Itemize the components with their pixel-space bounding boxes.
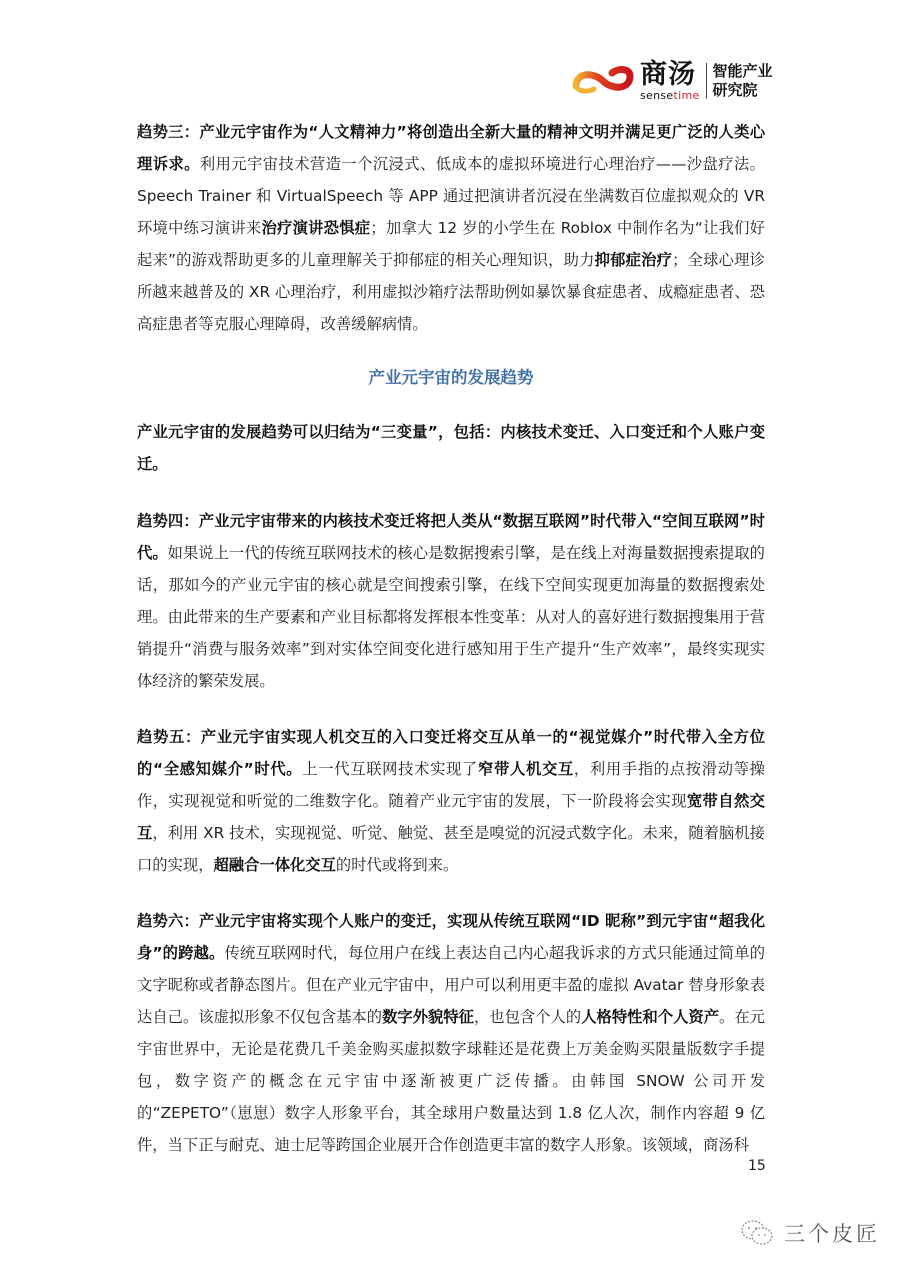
intro-text: 产业元宇宙的发展趋势可以归结为“三变量”，包括：内核技术变迁、入口变迁和个人账户… [137, 423, 765, 473]
brand-en-suffix: time [673, 89, 699, 102]
emphasis-segment: 数字外貌特征 [382, 1008, 474, 1026]
emphasis-segment: 人格特性和个人资产 [581, 1008, 719, 1026]
institute-line-2: 研究院 [713, 81, 773, 100]
emphasis-segment: 窄带人机交互 [478, 760, 574, 778]
brand-name: 商汤 sensetime [640, 61, 700, 101]
text-segment: ，也包含个人的 [474, 1008, 581, 1026]
sensetime-logo: 商汤 sensetime 智能产业 研究院 [572, 58, 773, 104]
watermark: 三个皮匠 [740, 1218, 880, 1248]
page-number: 15 [748, 1158, 766, 1174]
sensetime-infinity-icon [572, 64, 634, 98]
paragraph-trend4: 趋势四：产业元宇宙带来的内核技术变迁将把人类从“数据互联网”时代带入“空间互联网… [137, 505, 765, 697]
text-segment: 如果说上一代的传统互联网技术的核心是数据搜索引擎，是在线上对海量数据搜索提取的话… [137, 544, 765, 690]
brand-en: sensetime [640, 90, 700, 101]
brand-cn: 商汤 [640, 61, 700, 88]
watermark-text: 三个皮匠 [784, 1218, 880, 1248]
text-segment: 上一代互联网技术实现了 [302, 760, 478, 778]
paragraph-trend6: 趋势六：产业元宇宙将实现个人账户的变迁，实现从传统互联网“ID 昵称”到元宇宙“… [137, 905, 765, 1161]
institute-name: 智能产业 研究院 [713, 62, 773, 100]
brand-en-prefix: sense [640, 89, 673, 102]
paragraph-intro: 产业元宇宙的发展趋势可以归结为“三变量”，包括：内核技术变迁、入口变迁和个人账户… [137, 416, 765, 480]
emphasis-segment: 治疗演讲恐惧症 [261, 219, 370, 237]
text-segment: 。在元宇宙世界中，无论是花费几千美金购买虚拟数字球鞋还是花费上万美金购买限量版数… [137, 1008, 765, 1154]
text-segment: 的时代或将到来。 [336, 856, 458, 874]
paragraph-trend3: 趋势三：产业元宇宙作为“人文精神力”将创造出全新大量的精神文明并满足更广泛的人类… [137, 116, 765, 340]
logo-divider [706, 63, 707, 99]
paragraph-trend5: 趋势五：产业元宇宙实现人机交互的入口变迁将交互从单一的“视觉媒介”时代带入全方位… [137, 721, 765, 881]
wechat-icon [740, 1218, 776, 1248]
institute-line-1: 智能产业 [713, 62, 773, 81]
emphasis-segment: 超融合一体化交互 [214, 856, 336, 874]
emphasis-segment: 抑郁症治疗 [595, 251, 673, 269]
section-title: 产业元宇宙的发展趋势 [137, 362, 765, 394]
document-body: 趋势三：产业元宇宙作为“人文精神力”将创造出全新大量的精神文明并满足更广泛的人类… [137, 116, 765, 1161]
